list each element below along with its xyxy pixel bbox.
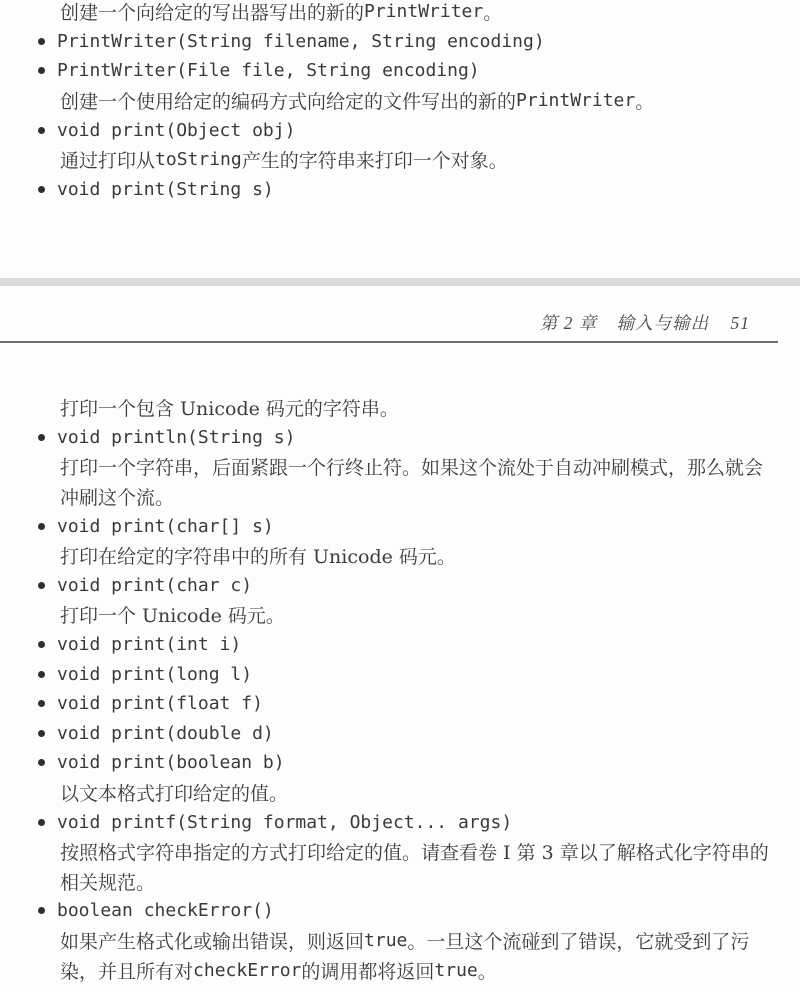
code-text: PrintWriter [516,90,635,111]
chinese-text: 通过打印从 [60,146,155,173]
bullet-icon [38,700,45,707]
bullet-icon [38,186,45,193]
description-line: 打印在给定的字符串中的所有 Unicode 码元。 [0,541,800,571]
code-text: void print(boolean b) [57,752,285,773]
bullet-icon [38,819,45,826]
chinese-text: 创建一个向给定的写出器写出的新的 [60,0,364,25]
api-signature-item: PrintWriter(String filename, String enco… [0,27,800,57]
header-rule [0,341,778,343]
description-line: 按照格式字符串指定的方式打印给定的值。请查看卷 I 第 3 章以了解格式化字符串… [0,837,800,867]
bullet-icon [38,671,45,678]
bullet-icon [38,582,45,589]
api-signature-item: void print(int i) [0,630,800,660]
bullet-icon [38,730,45,737]
code-text: true [434,960,477,981]
description-line: 染，并且所有对 checkError 的调用都将返回 true。 [0,955,800,985]
api-list-current: 打印一个包含 Unicode 码元的字符串。void println(Strin… [0,393,800,985]
page-separator [0,278,800,286]
description-line: 通过打印从 toString 产生的字符串来打印一个对象。 [0,145,800,175]
chinese-text: 打印在给定的字符串中的所有 Unicode 码元。 [60,542,456,569]
description-line: 创建一个使用给定的编码方式向给定的文件写出的新的 PrintWriter。 [0,86,800,116]
bullet-icon [38,434,45,441]
code-text: void print(String s) [57,179,274,200]
code-text: void print(double d) [57,723,274,744]
page-number: 51 [731,313,751,333]
chinese-text: 。 [635,87,654,114]
api-signature-item: void printf(String format, Object... arg… [0,807,800,837]
code-text: true [364,930,407,951]
section-title: 输入与输出 [617,313,710,333]
code-text: checkError [193,960,301,981]
code-text: void print(float f) [57,693,263,714]
api-signature-item: void print(String s) [0,175,800,205]
description-line: 以文本格式打印给定的值。 [0,778,800,808]
description-line: 冲刷这个流。 [0,482,800,512]
chinese-text: 打印一个字符串，后面紧跟一个行终止符。如果这个流处于自动冲刷模式，那么就会 [60,453,763,480]
api-list-previous: 创建一个向给定的写出器写出的新的 PrintWriter。PrintWriter… [0,0,800,204]
api-signature-item: void println(String s) [0,423,800,453]
description-line: 相关规范。 [0,867,800,897]
chinese-text: 冲刷这个流。 [60,483,174,510]
description-line: 创建一个向给定的写出器写出的新的 PrintWriter。 [0,0,800,27]
api-signature-item: boolean checkError() [0,896,800,926]
chinese-text: 以文本格式打印给定的值。 [60,779,288,806]
chinese-text: 。 [478,957,497,984]
chinese-text: 按照格式字符串指定的方式打印给定的值。请查看卷 I 第 3 章以了解格式化字符串… [60,838,769,865]
code-text: void print(Object obj) [57,120,295,141]
code-text: PrintWriter(String filename, String enco… [57,31,545,52]
description-line: 如果产生格式化或输出错误，则返回 true。一旦这个流碰到了错误，它就受到了污 [0,926,800,956]
code-text: PrintWriter [364,1,483,22]
chinese-text: 产生的字符串来打印一个对象。 [242,146,508,173]
code-text: boolean checkError() [57,900,274,921]
api-signature-item: void print(Object obj) [0,115,800,145]
code-text: void print(char[] s) [57,516,274,537]
code-text: toString [155,149,242,170]
bullet-icon [38,67,45,74]
bullet-icon [38,38,45,45]
chinese-text: 。一旦这个流碰到了错误，它就受到了污 [407,927,749,954]
api-signature-item: void print(double d) [0,719,800,749]
api-signature-item: void print(float f) [0,689,800,719]
description-line: 打印一个字符串，后面紧跟一个行终止符。如果这个流处于自动冲刷模式，那么就会 [0,452,800,482]
description-line: 打印一个 Unicode 码元。 [0,600,800,630]
book-page-view: 创建一个向给定的写出器写出的新的 PrintWriter。PrintWriter… [0,0,800,993]
code-text: void print(int i) [57,634,241,655]
chapter-label: 第 2 章 [540,313,598,333]
previous-page-fragment: 创建一个向给定的写出器写出的新的 PrintWriter。PrintWriter… [0,0,800,278]
chinese-text: 相关规范。 [60,868,155,895]
code-text: void print(long l) [57,664,252,685]
api-signature-item: void print(char[] s) [0,511,800,541]
chinese-text: 打印一个 Unicode 码元。 [60,601,285,628]
api-signature-item: void print(long l) [0,659,800,689]
code-text: PrintWriter(File file, String encoding) [57,60,480,81]
code-text: void println(String s) [57,427,295,448]
bullet-icon [38,127,45,134]
chinese-text: 染，并且所有对 [60,957,193,984]
running-header: 第 2 章 输入与输出 51 [540,310,750,335]
bullet-icon [38,907,45,914]
chinese-text: 如果产生格式化或输出错误，则返回 [60,927,364,954]
chinese-text: 的调用都将返回 [301,957,434,984]
chinese-text: 创建一个使用给定的编码方式向给定的文件写出的新的 [60,87,516,114]
bullet-icon [38,523,45,530]
bullet-icon [38,641,45,648]
chinese-text: 打印一个包含 Unicode 码元的字符串。 [60,394,399,421]
bullet-icon [38,759,45,766]
code-text: void printf(String format, Object... arg… [57,812,512,833]
chinese-text: 。 [483,0,502,25]
api-signature-item: void print(boolean b) [0,748,800,778]
api-signature-item: void print(char c) [0,571,800,601]
api-signature-item: PrintWriter(File file, String encoding) [0,56,800,86]
current-page: 第 2 章 输入与输出 51 打印一个包含 Unicode 码元的字符串。voi… [0,286,800,993]
code-text: void print(char c) [57,575,252,596]
description-line: 打印一个包含 Unicode 码元的字符串。 [0,393,800,423]
